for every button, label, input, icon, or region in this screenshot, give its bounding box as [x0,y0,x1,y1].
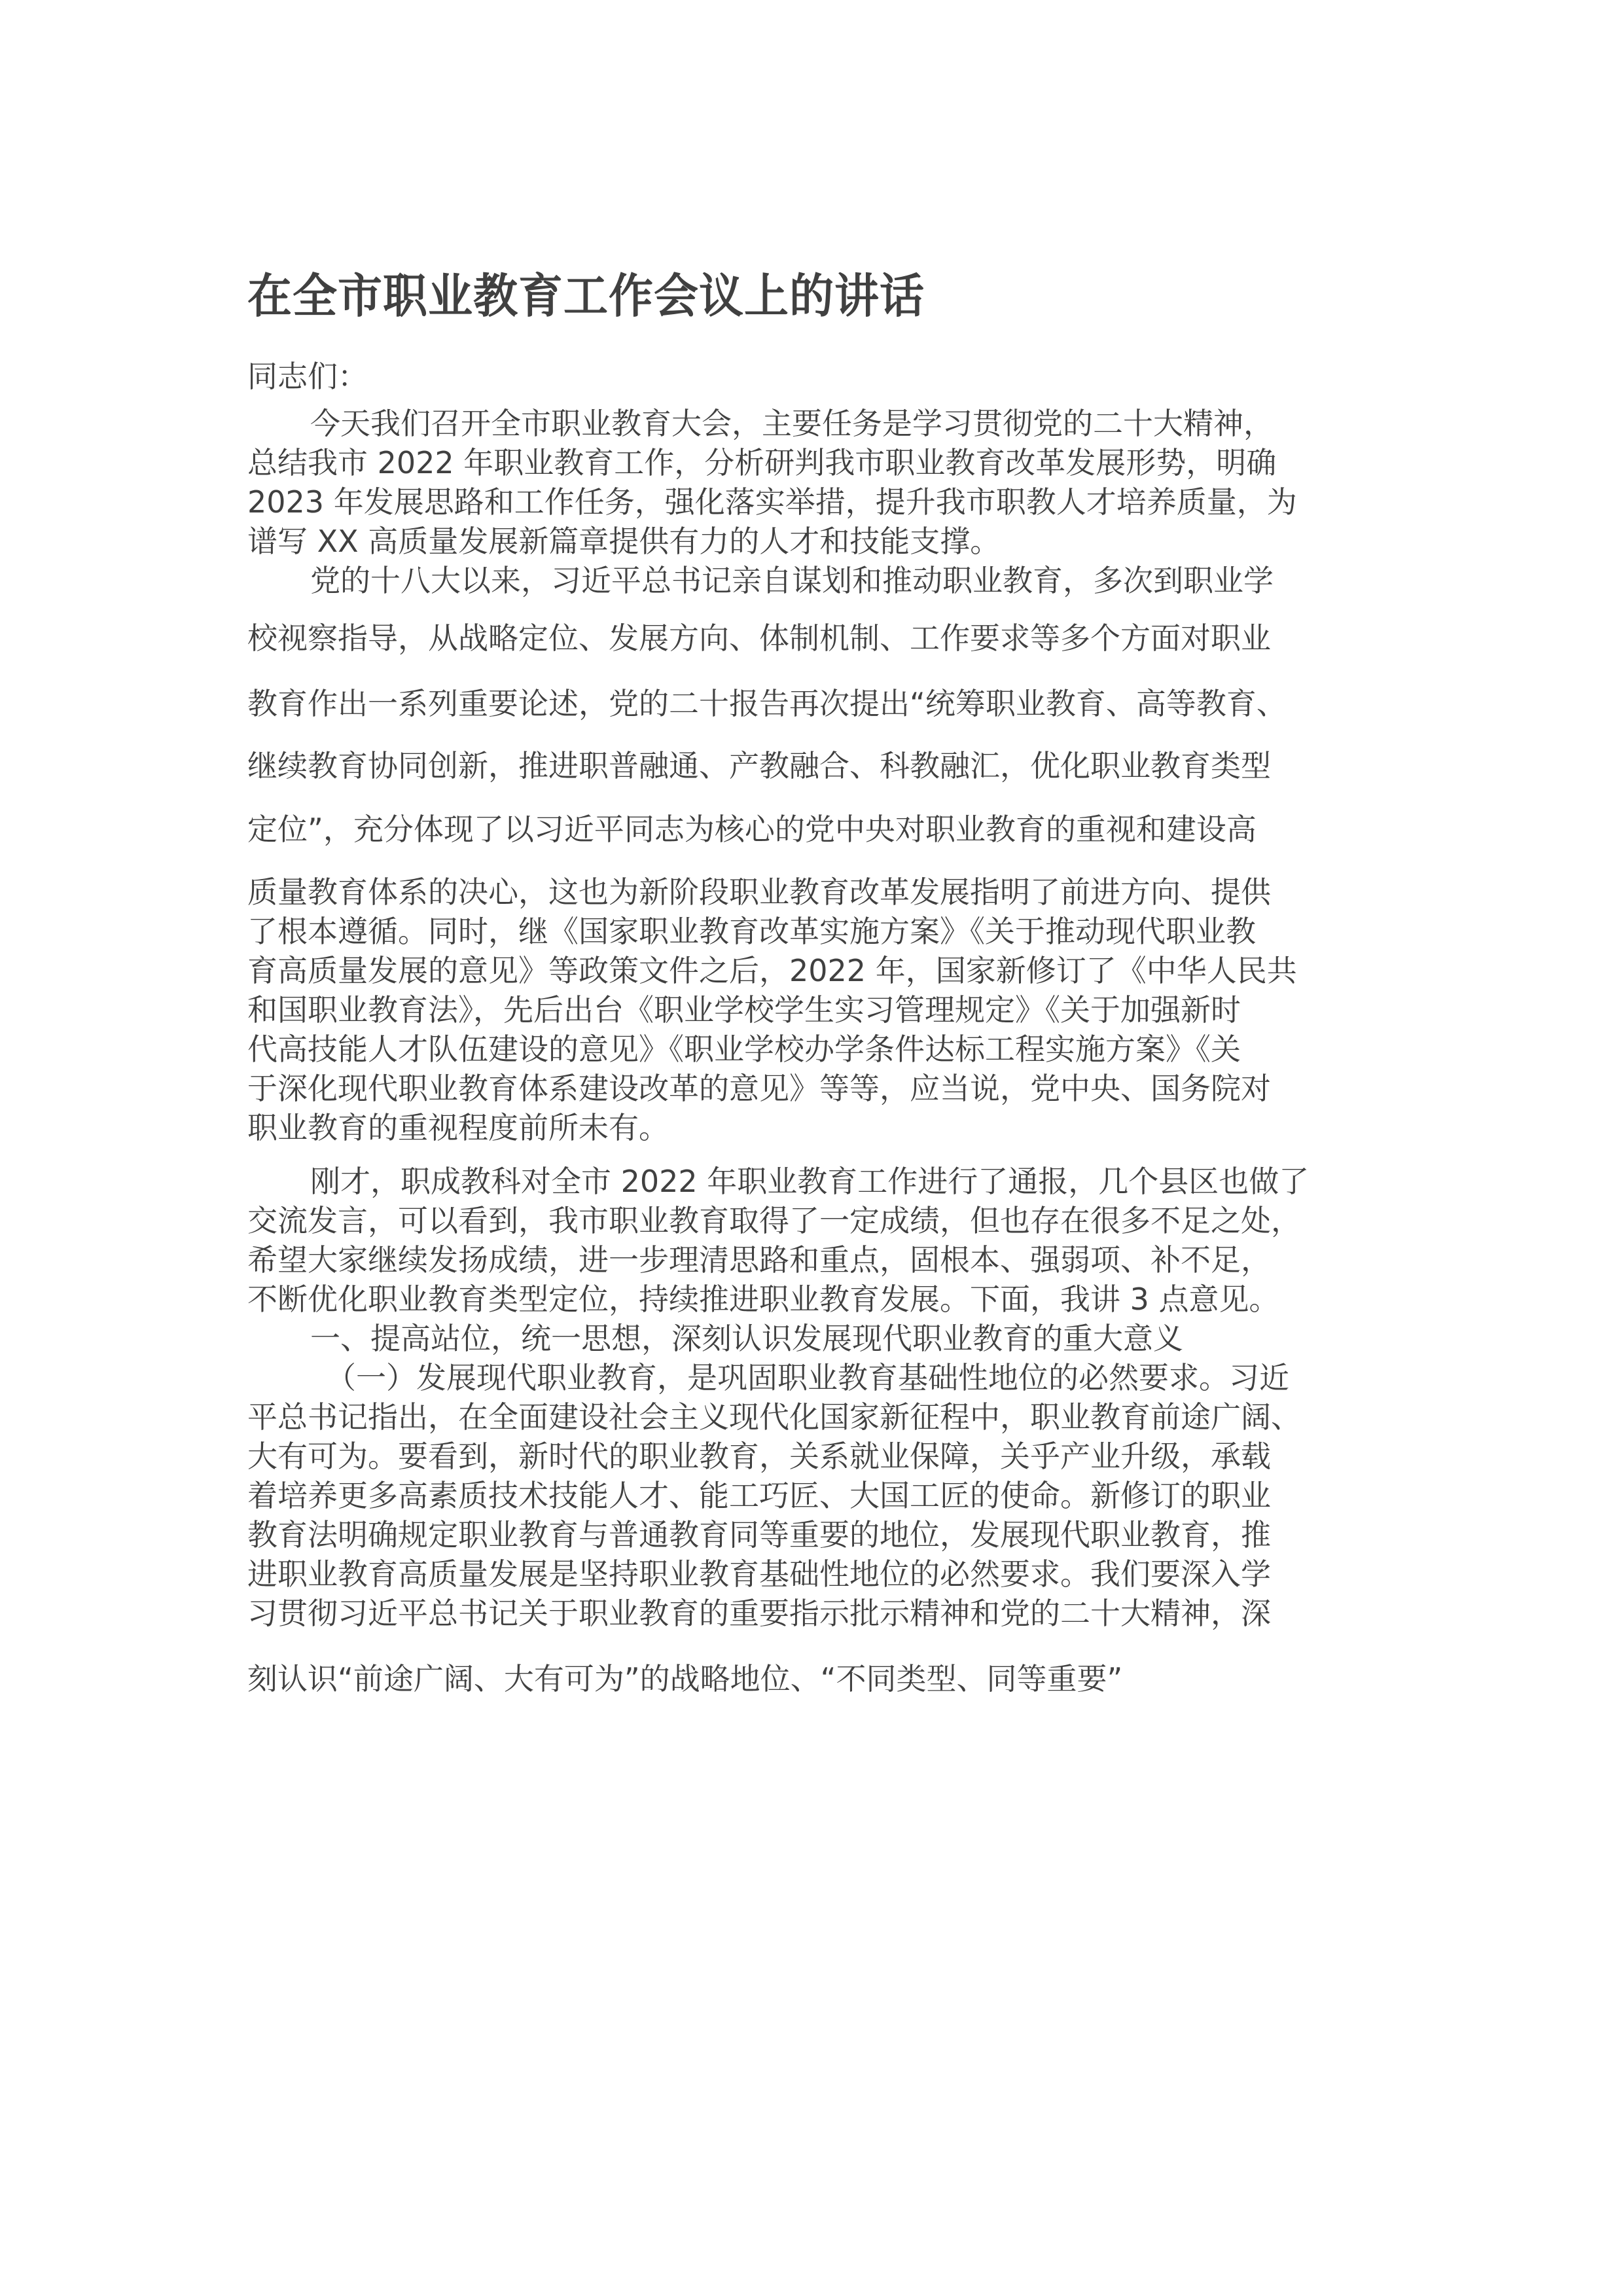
document-line: 职业教育的重视程度前所未有。 [247,1108,669,1147]
document-line: 不断优化职业教育类型定位，持续推进职业教育发展。下面，我讲 3 点意见。 [247,1280,1279,1319]
document-line: 继续教育协同创新，推进职普融通、产教融合、科教融汇，优化职业教育类型 [247,746,1271,785]
document-line: 教育法明确规定职业教育与普通教育同等重要的地位，发展现代职业教育，推 [247,1515,1271,1554]
document-line: 习贯彻习近平总书记关于职业教育的重要指示批示精神和党的二十大精神，深 [247,1594,1271,1633]
document-line: 育高质量发展的意见》等政策文件之后，2022 年，国家新修订了《中华人民共 [247,951,1297,990]
document-line: 谱写 XX 高质量发展新篇章提供有力的人才和技能支撑。 [247,522,1000,561]
document-line: 和国职业教育法》，先后出台《职业学校学生实习管理规定》《关于加强新时 [247,990,1241,1030]
document-line: 总结我市 2022 年职业教育工作，分析研判我市职业教育改革发展形势，明确 [247,443,1276,482]
document-title: 在全市职业教育工作会议上的讲话 [247,270,925,325]
document-line: 交流发言，可以看到，我市职业教育取得了一定成绩，但也存在很多不足之处， [247,1201,1301,1240]
document-line: 着培养更多高素质技术技能人才、能工巧匠、大国工匠的使命。新修订的职业 [247,1476,1271,1515]
document-line: 校视察指导，从战略定位、发展方向、体制机制、工作要求等多个方面对职业 [247,619,1271,658]
document-line: （一）发展现代职业教育，是巩固职业教育基础性地位的必然要求。习近 [247,1358,1289,1397]
document-line: 进职业教育高质量发展是坚持职业教育基础性地位的必然要求。我们要深入学 [247,1554,1271,1594]
document-line: 希望大家继续发扬成绩，进一步理清思路和重点，固根本、强弱项、补不足， [247,1240,1271,1280]
document-line: 大有可为。要看到，新时代的职业教育，关系就业保障，关乎产业升级，承载 [247,1437,1271,1476]
document-line: 今天我们召开全市职业教育大会，主要任务是学习贯彻党的二十大精神， [247,404,1274,443]
document-line: 教育作出一系列重要论述，党的二十报告再次提出“统筹职业教育、高等教育、 [247,684,1287,723]
document-line: 一、提高站位，统一思想，深刻认识发展现代职业教育的重大意义 [247,1319,1183,1358]
document-line: 质量教育体系的决心，这也为新阶段职业教育改革发展指明了前进方向、提供 [247,872,1271,912]
document-line: 平总书记指出，在全面建设社会主义现代化国家新征程中，职业教育前途广阔、 [247,1397,1301,1437]
document-line: 了根本遵循。同时，继《国家职业教育改革实施方案》《关于推动现代职业教 [247,912,1256,951]
document-line: 代高技能人才队伍建设的意见》《职业学校办学条件达标工程实施方案》《关 [247,1030,1241,1069]
document-line: 定位”，充分体现了以习近平同志为核心的党中央对职业教育的重视和建设高 [247,810,1257,849]
document-line: 于深化现代职业教育体系建设改革的意见》等等，应当说，党中央、国务院对 [247,1069,1271,1108]
document-line: 同志们： [247,357,368,396]
document-line: 刻认识“前途广阔、大有可为”的战略地位、“不同类型、同等重要” [247,1659,1122,1698]
document-line: 党的十八大以来，习近平总书记亲自谋划和推动职业教育，多次到职业学 [247,561,1274,600]
document-line: 刚才，职成教科对全市 2022 年职业教育工作进行了通报，几个县区也做了 [247,1162,1309,1201]
document-line: 2023 年发展思路和工作任务，强化落实举措，提升我市职教人才培养质量，为 [247,482,1297,522]
